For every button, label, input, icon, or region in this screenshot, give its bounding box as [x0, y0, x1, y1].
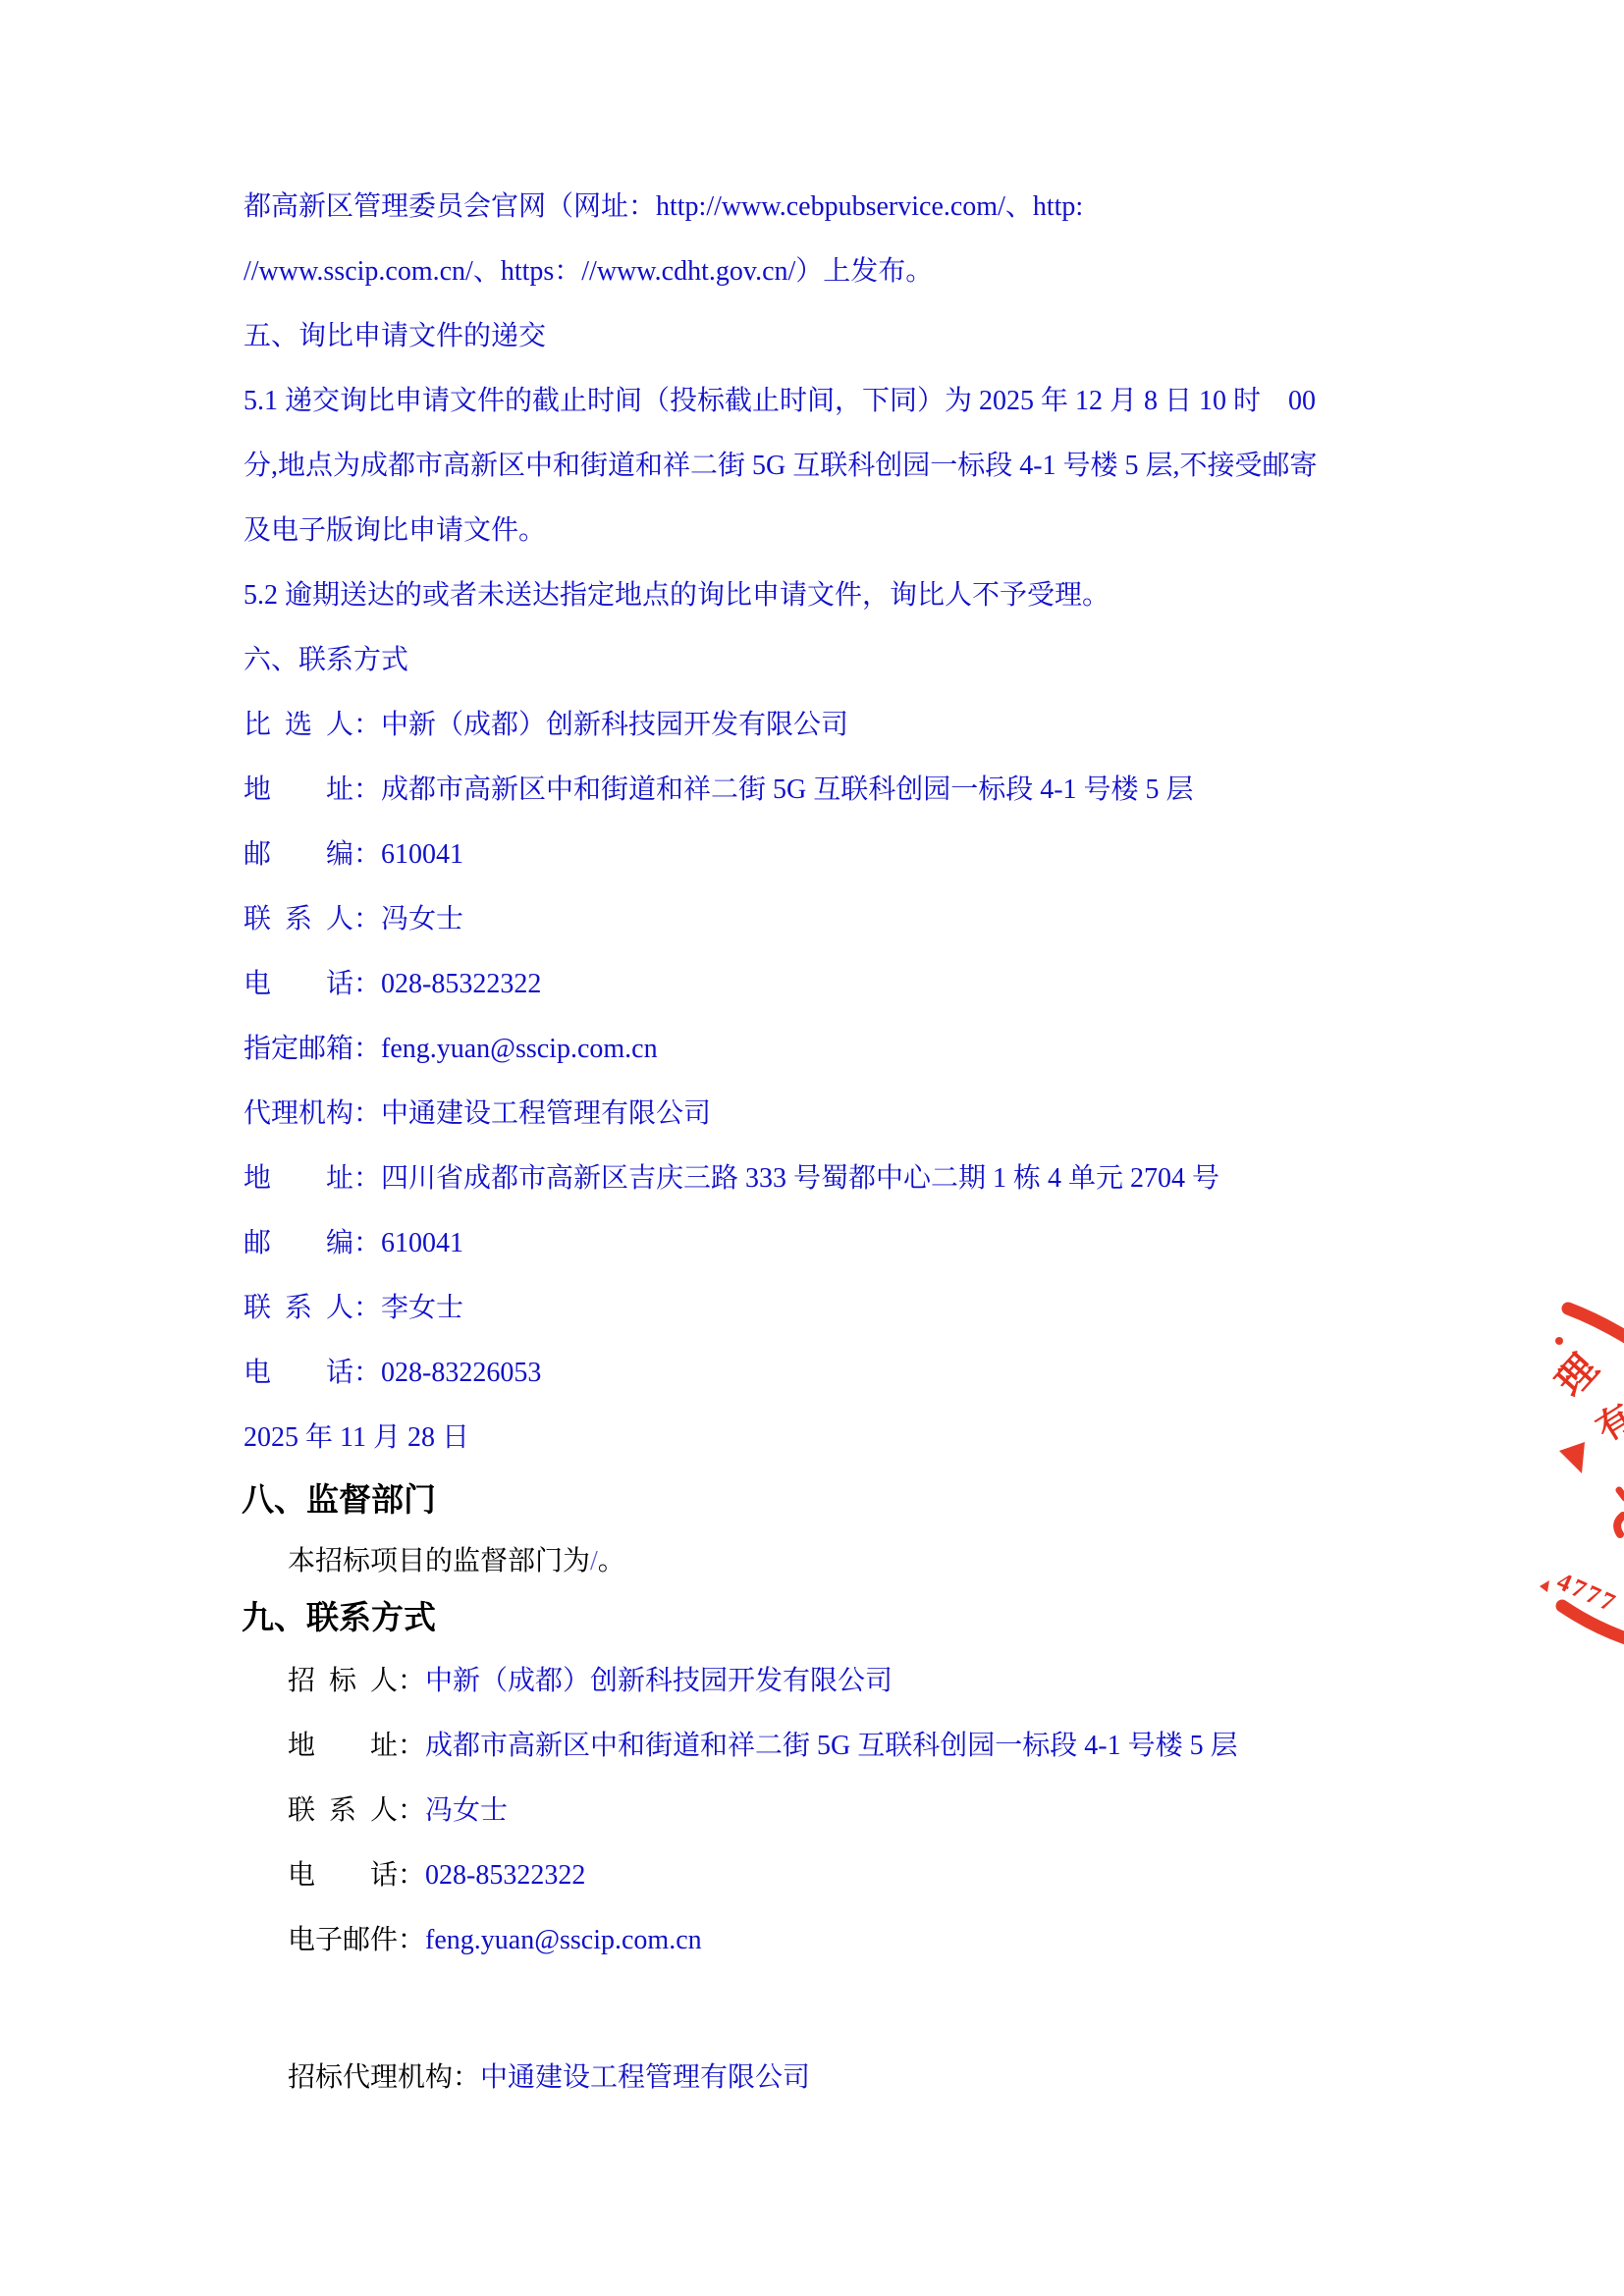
contact-person-line-2: 联 系 人：李女士: [244, 1291, 463, 1326]
agency-org-line: 代理机构：中通建设工程管理有限公司: [244, 1096, 711, 1132]
address-line-1: 地 址：成都市高新区中和街道和祥二街 5G 互联科创园一标段 4-1 号楼 5 …: [244, 773, 1194, 808]
seal-fragment-2: [1617, 1516, 1623, 1534]
clause-5-1-line-3: 及电子版询比申请文件。: [244, 513, 546, 549]
tenderer-phone-line: 电 话：028-85322322: [288, 1857, 585, 1895]
supervision-period: 。: [598, 1546, 625, 1576]
clause-5-2: 5.2 逾期送达的或者未送达指定地点的询比申请文件，询比人不予受理。: [244, 578, 1110, 614]
publish-line-2: //www.sscip.com.cn/、https：//www.cdht.gov…: [244, 254, 933, 290]
tenderer-email-line: 电子邮件：feng.yuan@sscip.com.cn: [288, 1922, 702, 1959]
seal-ink-dot: [1555, 1337, 1563, 1345]
tenderer-value: 中新（成都）创新科技园开发有限公司: [425, 1666, 893, 1696]
tenderer-phone-label: 电 话：: [288, 1860, 425, 1891]
tenderer-contact-value: 冯女士: [425, 1795, 508, 1826]
red-seal-stamp: 理 有 4777: [1526, 1296, 1624, 1659]
section6-heading: 六、联系方式: [244, 643, 408, 678]
tenderer-address-value: 成都市高新区中和街道和祥二街 5G 互联科创园一标段 4-1 号楼 5 层: [425, 1731, 1238, 1761]
postcode-line-2: 邮 编：610041: [244, 1226, 463, 1261]
supervision-text: 本招标项目的监督部门为: [288, 1546, 590, 1576]
date-line: 2025 年 11 月 28 日: [244, 1420, 469, 1456]
address-line-2: 地 址：四川省成都市高新区吉庆三路 333 号蜀都中心二期 1 栋 4 单元 2…: [244, 1161, 1219, 1197]
seal-ring-top-arc: [1568, 1308, 1624, 1337]
section8-heading: 八、监督部门: [242, 1480, 436, 1520]
tenderer-phone-value: 028-85322322: [425, 1860, 585, 1891]
designated-email-line: 指定邮箱：feng.yuan@sscip.com.cn: [244, 1032, 658, 1067]
seal-ink-speck: [1540, 1580, 1549, 1592]
section9-heading: 九、联系方式: [242, 1598, 436, 1637]
phone-line-2: 电 话：028-83226053: [244, 1356, 541, 1391]
tenderer-address-label: 地 址：: [288, 1731, 425, 1761]
publish-line-1: 都高新区管理委员会官网（网址：http://www.cebpubservice.…: [244, 189, 1083, 225]
tenderer-address-line: 地 址：成都市高新区中和街道和祥二街 5G 互联科创园一标段 4-1 号楼 5 …: [288, 1728, 1238, 1765]
tenderer-line: 招 标 人：中新（成都）创新科技园开发有限公司: [288, 1663, 893, 1700]
section5-heading: 五、询比申请文件的递交: [244, 319, 546, 354]
tenderer-email-label: 电子邮件：: [288, 1925, 425, 1955]
document-page: 都高新区管理委员会官网（网址：http://www.cebpubservice.…: [0, 0, 1624, 2296]
tenderer-email-value: feng.yuan@sscip.com.cn: [425, 1925, 702, 1955]
seal-ring-bottom-arc: [1562, 1606, 1624, 1638]
supervision-slash: /: [590, 1546, 598, 1576]
tenderer-label: 招 标 人：: [288, 1666, 425, 1696]
phone-line-1: 电 话：028-85322322: [244, 967, 541, 1002]
seal-fragment-1: [1619, 1490, 1624, 1498]
seal-star-tip: [1559, 1442, 1585, 1473]
tenderer-contact-line: 联 系 人：冯女士: [288, 1792, 508, 1830]
tenderer-contact-label: 联 系 人：: [288, 1795, 425, 1826]
supervision-body-line: 本招标项目的监督部门为/。: [288, 1543, 625, 1580]
clause-5-1-line-2: 分,地点为成都市高新区中和街道和祥二街 5G 互联科创园一标段 4-1 号楼 5…: [244, 449, 1318, 484]
clause-5-1-line-1: 5.1 递交询比申请文件的截止时间（投标截止时间，下同）为 2025 年 12 …: [244, 384, 1316, 419]
postcode-line-1: 邮 编：610041: [244, 837, 463, 873]
contact-person-line-1: 联 系 人：冯女士: [244, 902, 463, 937]
seal-char-mid: 有: [1590, 1397, 1624, 1449]
tender-agency-value: 中通建设工程管理有限公司: [480, 2062, 810, 2093]
tender-agency-label: 招标代理机构：: [288, 2062, 480, 2093]
seal-char-top: 理: [1547, 1346, 1606, 1405]
tender-agency-line: 招标代理机构：中通建设工程管理有限公司: [288, 2059, 810, 2097]
bixuanren-line: 比 选 人：中新（成都）创新科技园开发有限公司: [244, 708, 848, 743]
